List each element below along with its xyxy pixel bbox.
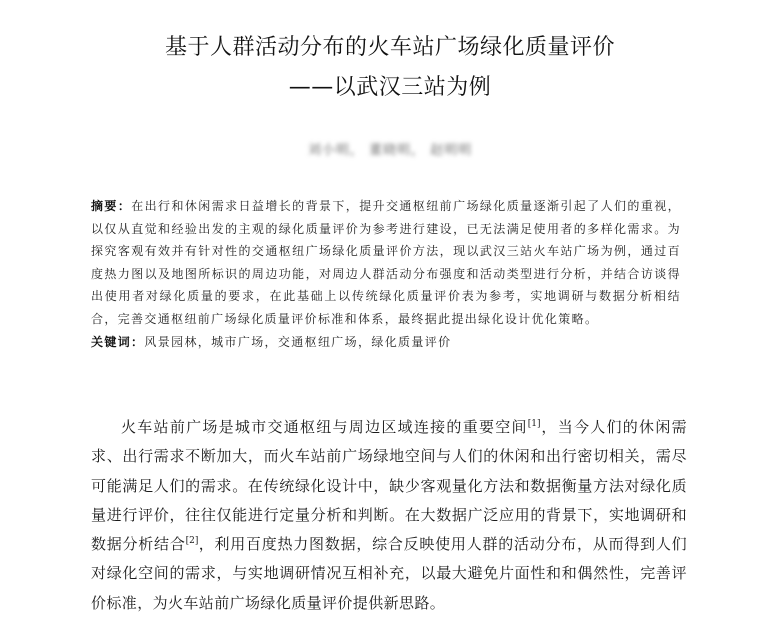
keywords: 关键词：风景园林，城市广场，交通枢纽广场，绿化质量评价 bbox=[91, 331, 681, 354]
body-text-segment: 火车站前广场是城市交通枢纽与周边区域连接的重要空间 bbox=[121, 418, 528, 436]
keywords-text: 风景园林，城市广场，交通枢纽广场，绿化质量评价 bbox=[144, 335, 451, 349]
paper-title: 基于人群活动分布的火车站广场绿化质量评价 bbox=[0, 30, 780, 61]
citation-ref: [1] bbox=[528, 419, 541, 429]
paper-subtitle: ——以武汉三站为例 bbox=[0, 70, 780, 101]
abstract-label: 摘要： bbox=[91, 199, 131, 213]
author-list-blurred: 刘小明， 董晓明， 赵明明 bbox=[0, 139, 780, 158]
body-text-segment: ，当今人们的休闲需求、出行需求不断加大，而火车站前广场绿地空间与人们的休闲和出行… bbox=[91, 418, 687, 553]
citation-ref: [2] bbox=[186, 536, 199, 546]
keywords-label: 关键词： bbox=[91, 335, 144, 349]
paper-page: 基于人群活动分布的火车站广场绿化质量评价 ——以武汉三站为例 刘小明， 董晓明，… bbox=[0, 0, 780, 621]
abstract-text: 在出行和休闲需求日益增长的背景下，提升交通枢纽前广场绿化质量逐渐引起了人们的重视… bbox=[91, 199, 681, 326]
abstract: 摘要：在出行和休闲需求日益增长的背景下，提升交通枢纽前广场绿化质量逐渐引起了人们… bbox=[91, 195, 681, 331]
body-paragraph: 火车站前广场是城市交通枢纽与周边区域连接的重要空间[1]，当今人们的休闲需求、出… bbox=[91, 413, 687, 618]
